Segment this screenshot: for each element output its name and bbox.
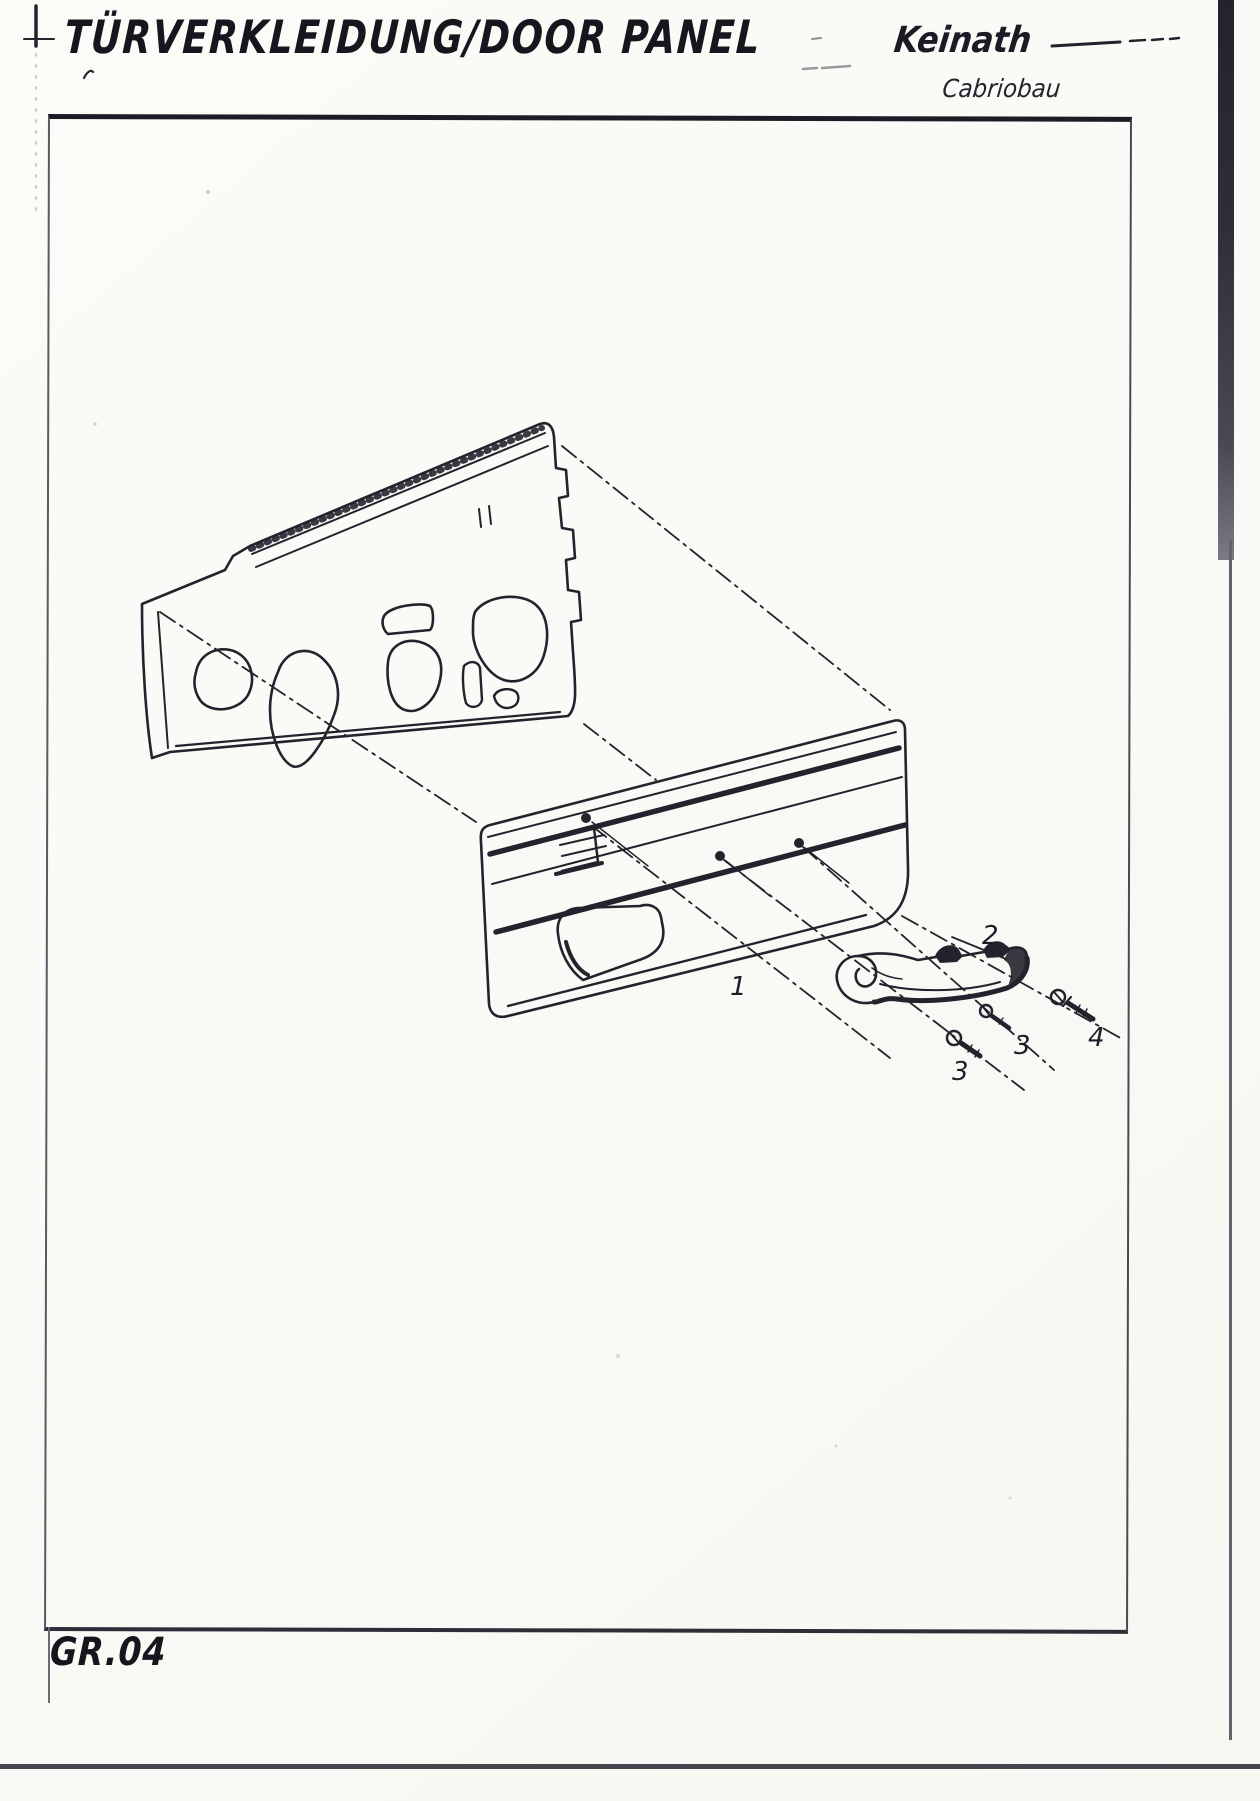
screw-3-front [947,1031,980,1057]
window-rail-hatching [251,428,542,549]
shell-cutout-holes [194,597,547,767]
screw-4 [1051,990,1093,1019]
inner-door-shell [142,423,581,767]
door-trim-panel [481,720,908,1016]
mount-point-rear [794,838,804,848]
screw-3-rear [980,1005,1009,1028]
exploded-view-drawing: 1 2 3 3 4 [0,0,1260,1801]
scanned-parts-diagram-page: TÜRVERKLEIDUNG/DOOR PANEL Keinath Cabrio… [0,0,1260,1801]
part-label-armrest: 2 [982,921,999,951]
part-labels: 1 2 3 3 4 [730,921,1105,1087]
mount-point-front [715,851,725,861]
part-label-door-panel: 1 [730,972,747,1002]
part-label-handle-screw: 4 [1088,1023,1105,1053]
trim-groove-upper [490,748,899,854]
door-pull-pocket [558,905,664,980]
part-label-screw-rear: 3 [1014,1031,1031,1061]
registration-marks [24,6,1179,1500]
part-label-screw-front: 3 [952,1057,969,1087]
